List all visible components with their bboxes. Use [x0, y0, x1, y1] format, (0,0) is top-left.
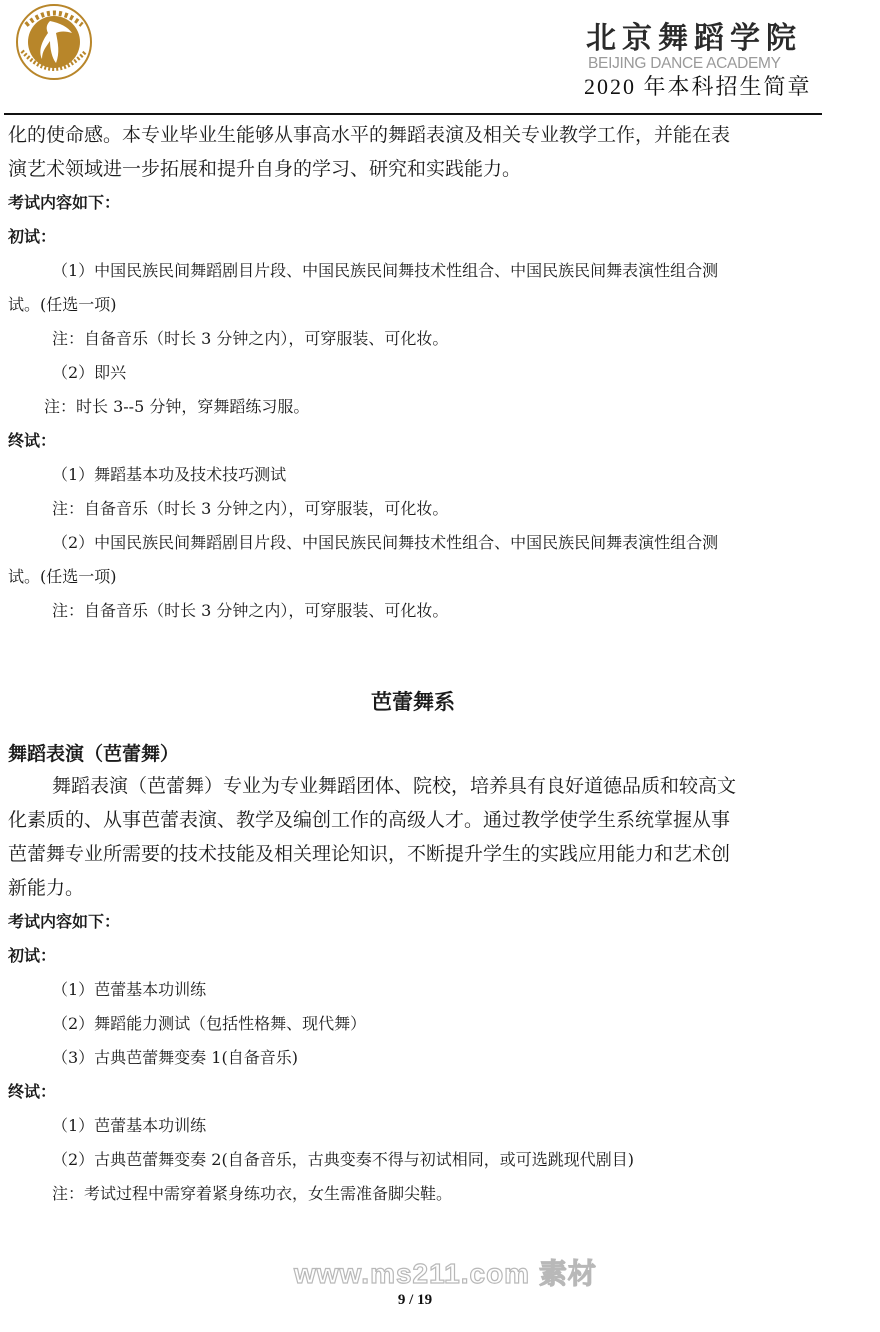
document-body: 化的使命感。本专业毕业生能够从事高水平的舞蹈表演及相关专业教学工作，并能在表 演…: [8, 118, 828, 1211]
watermark: www.ms211.com 素材: [294, 1252, 597, 1292]
final-item: （2）古典芭蕾舞变奏 2(自备音乐，古典变奏不得与初试相同，或可选跳现代剧目): [8, 1143, 828, 1177]
final-note: 注：自备音乐（时长 3 分钟之内），可穿服装，可化妆。: [8, 492, 828, 526]
final-item: （1）芭蕾基本功训练: [8, 1109, 828, 1143]
prelim-heading: 初试：: [8, 220, 828, 254]
prelim-note: 注：时长 3--5 分钟，穿舞蹈练习服。: [8, 390, 828, 424]
intro-line: 演艺术领域进一步拓展和提升自身的学习、研究和实践能力。: [8, 152, 828, 186]
page-header: 北京舞蹈学院 BEIJING DANCE ACADEMY 2020 年本科招生简…: [0, 0, 880, 118]
prelim-item: （2）舞蹈能力测试（包括性格舞、现代舞）: [8, 1007, 828, 1041]
final-item: （2）中国民族民间舞蹈剧目片段、中国民族民间舞技术性组合、中国民族民间舞表演性组…: [8, 526, 828, 560]
brochure-title: 2020 年本科招生简章: [584, 74, 814, 100]
final-heading: 终试：: [8, 1075, 828, 1109]
intro-line: 化的使命感。本专业毕业生能够从事高水平的舞蹈表演及相关专业教学工作，并能在表: [8, 118, 828, 152]
brand-chinese-name: 北京舞蹈学院: [586, 22, 814, 56]
major-intro-line: 舞蹈表演（芭蕾舞）专业为专业舞蹈团体、院校，培养具有良好道德品质和较高文: [8, 769, 828, 803]
prelim-heading: 初试：: [8, 939, 828, 973]
final-note: 注：自备音乐（时长 3 分钟之内），可穿服装、可化妆。: [8, 594, 828, 628]
final-heading: 终试：: [8, 424, 828, 458]
prelim-item: （2）即兴: [8, 356, 828, 390]
major-intro-line: 化素质的、从事芭蕾表演、教学及编创工作的高级人才。通过教学使学生系统掌握从事: [8, 803, 828, 837]
page-number: 9 / 19: [0, 1292, 830, 1309]
final-note: 注：考试过程中需穿着紧身练功衣，女生需准备脚尖鞋。: [8, 1177, 828, 1211]
department-title: 芭蕾舞系: [8, 684, 828, 720]
major-intro-line: 新能力。: [8, 871, 828, 905]
prelim-item: （1）芭蕾基本功训练: [8, 973, 828, 1007]
exam-content-heading: 考试内容如下：: [8, 186, 828, 220]
brand-english-name: BEIJING DANCE ACADEMY: [588, 56, 814, 72]
major-title: 舞蹈表演（芭蕾舞）: [8, 737, 828, 769]
prelim-item: （3）古典芭蕾舞变奏 1(自备音乐): [8, 1041, 828, 1075]
final-item: （1）舞蹈基本功及技术技巧测试: [8, 458, 828, 492]
exam-content-heading: 考试内容如下：: [8, 905, 828, 939]
major-intro-line: 芭蕾舞专业所需要的技术技能及相关理论知识，不断提升学生的实践应用能力和艺术创: [8, 837, 828, 871]
header-divider: [4, 113, 822, 115]
academy-logo-icon: [12, 3, 96, 81]
prelim-item-cont: 试。(任选一项): [8, 288, 828, 322]
final-item-cont: 试。(任选一项): [8, 560, 828, 594]
prelim-item: （1）中国民族民间舞蹈剧目片段、中国民族民间舞技术性组合、中国民族民间舞表演性组…: [8, 254, 828, 288]
prelim-note: 注：自备音乐（时长 3 分钟之内），可穿服装、可化妆。: [8, 322, 828, 356]
brand-block: 北京舞蹈学院 BEIJING DANCE ACADEMY 2020 年本科招生简…: [584, 22, 814, 100]
